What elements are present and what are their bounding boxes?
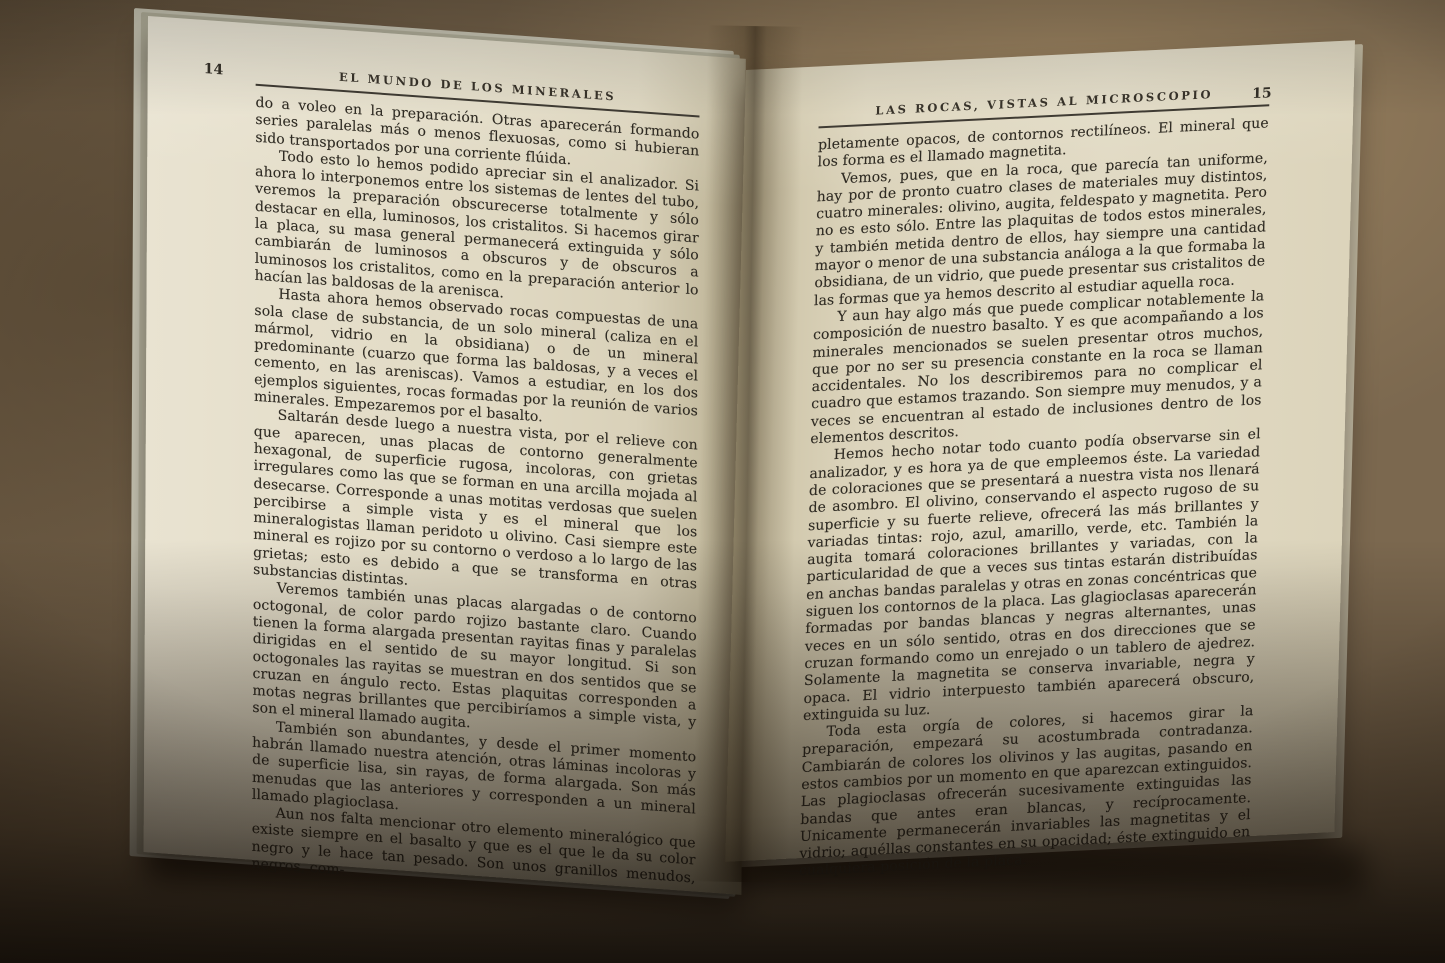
paragraph: Toda esta orgía de colores, si hacemos g… [799, 703, 1254, 881]
body-text-right: pletamente opacos, de contornos rectilín… [799, 115, 1269, 881]
book-page-left: 14 EL MUNDO DE LOS MINERALES do a voleo … [144, 16, 746, 895]
page-number-right: 15 [1252, 85, 1272, 102]
photo-backdrop: 14 EL MUNDO DE LOS MINERALES do a voleo … [0, 0, 1445, 963]
body-text-left: do a voleo en la preparación. Otras apar… [252, 95, 700, 905]
book-page-right: 15 LAS ROCAS, VISTAS AL MICROSCOPIO plet… [725, 40, 1355, 862]
paragraph: Y aun hay algo más que puede complicar n… [810, 288, 1264, 448]
book-gutter-shadow [693, 25, 804, 883]
paragraph: Saltarán desde luego a nuestra vista, po… [253, 406, 698, 611]
page-number-left: 14 [204, 61, 224, 78]
paragraph: Hemos hecho notar todo cuanto podía obse… [803, 427, 1261, 726]
running-header-title-right: LAS ROCAS, VISTAS AL MICROSCOPIO [875, 87, 1213, 118]
running-header-title-left: EL MUNDO DE LOS MINERALES [339, 70, 616, 104]
paragraph: Vemos, pues, que en la roca, que parecía… [814, 150, 1268, 310]
